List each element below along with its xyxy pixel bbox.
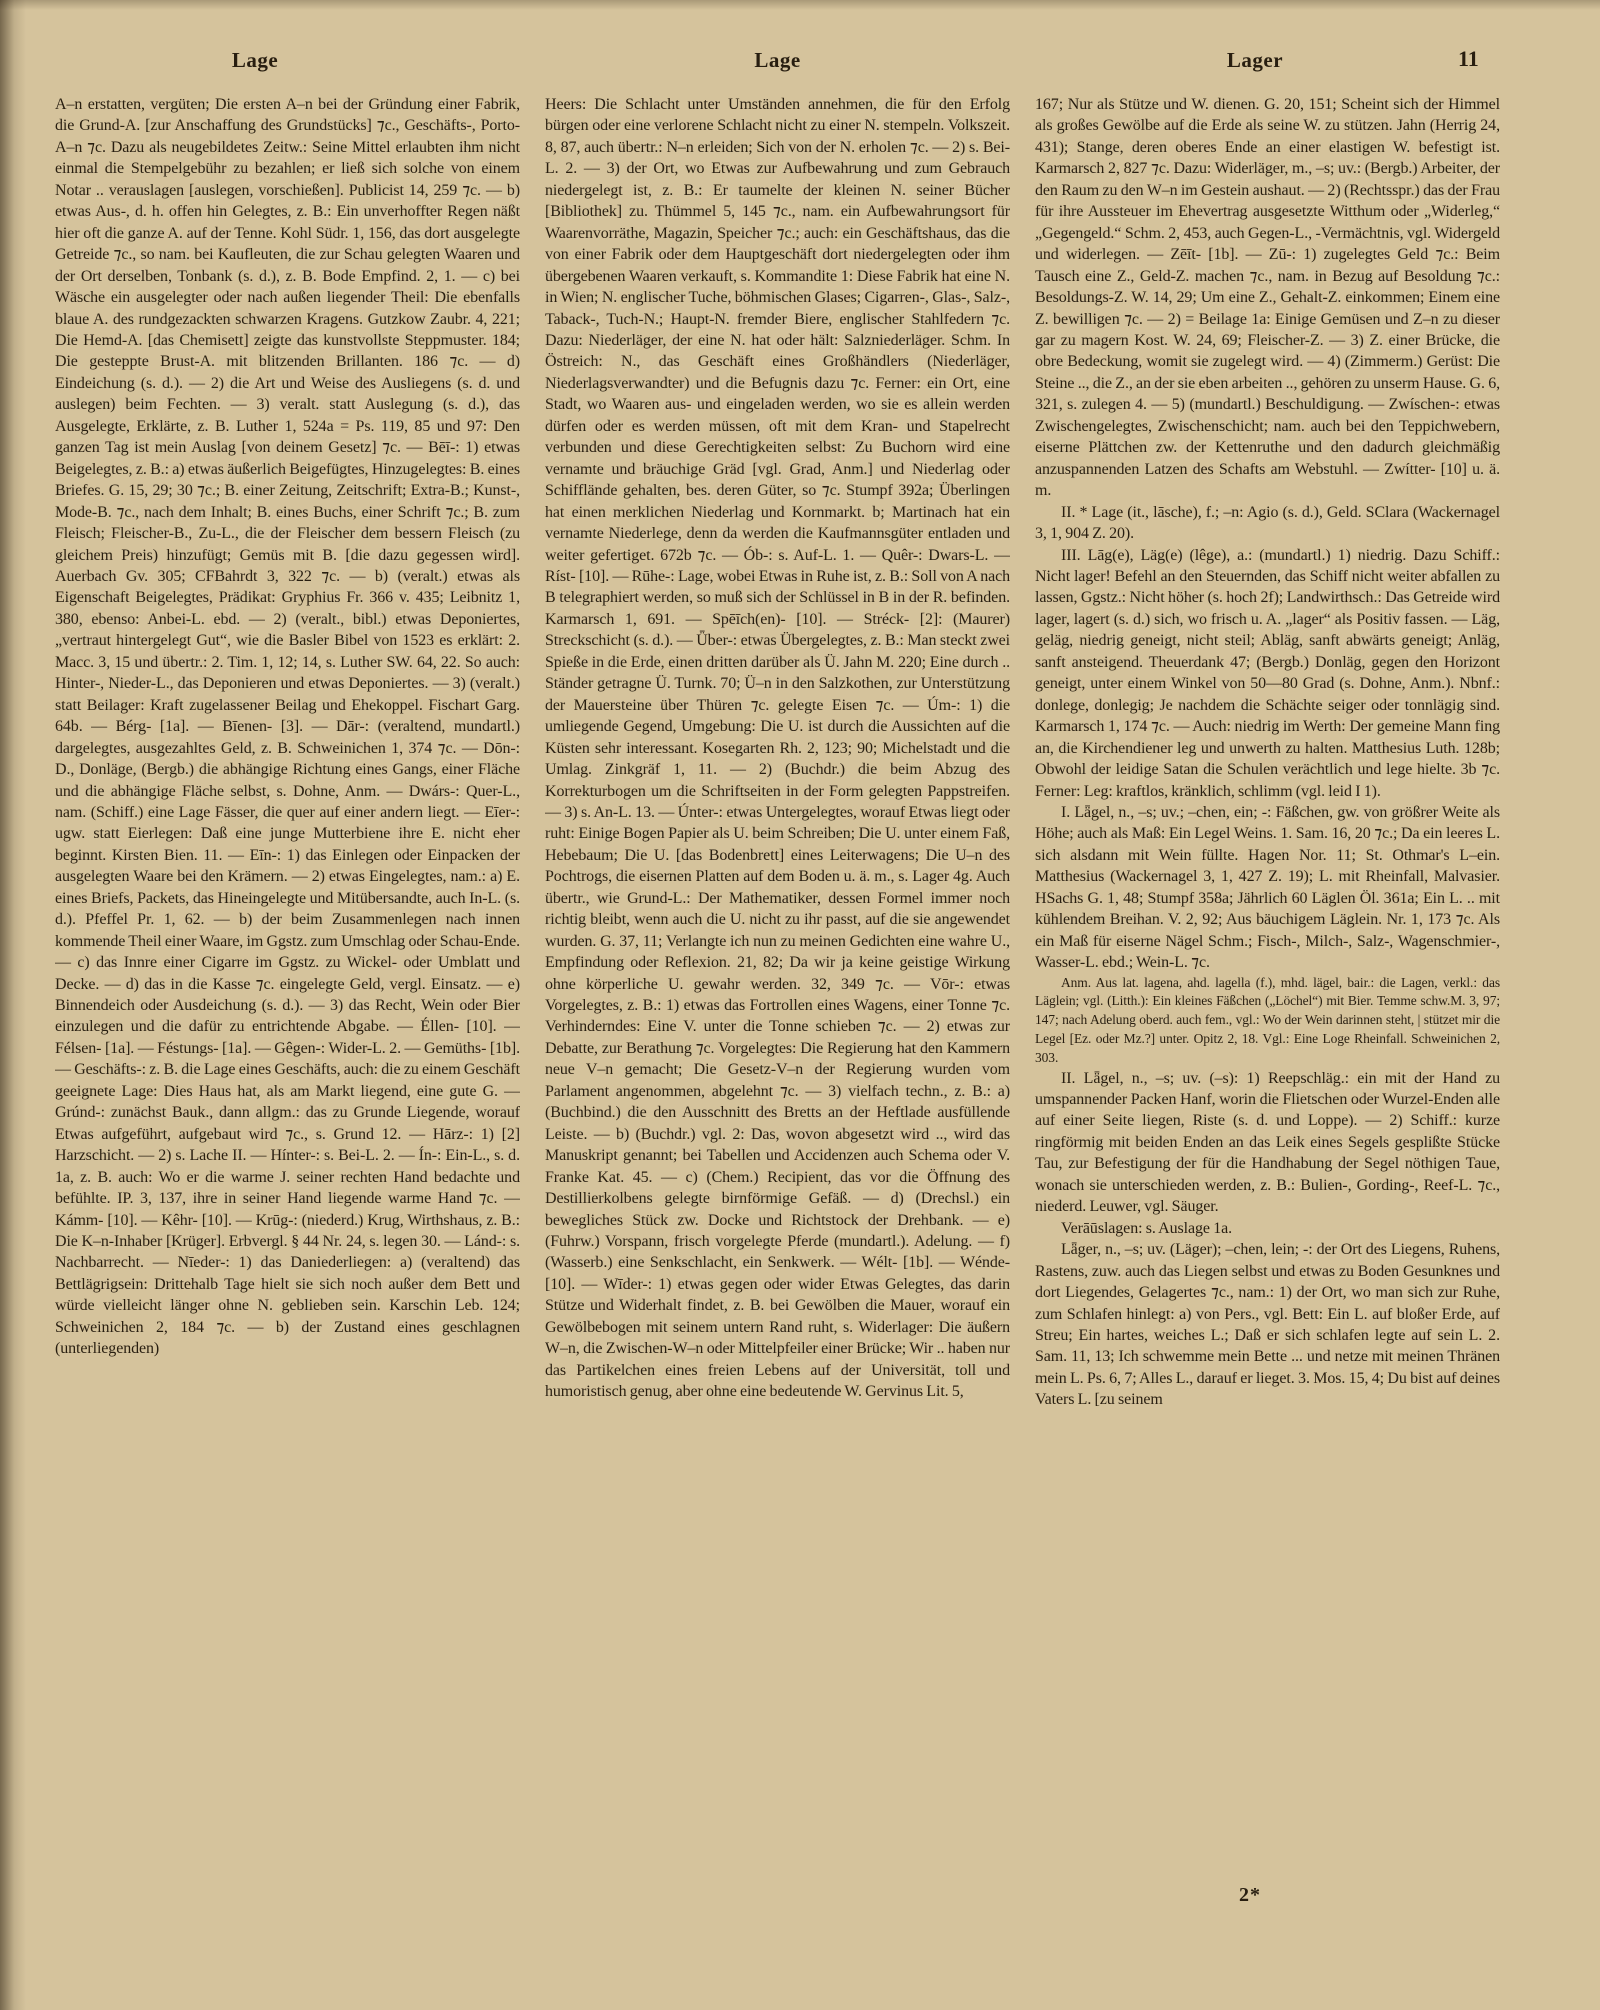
entry-laegel-i: I. Lǟgel, n., –s; uv.; –chen, ein; -: Fä… (1035, 802, 1500, 974)
column-1-text: A–n erstatten, vergüten; Die ersten A–n … (55, 94, 520, 1360)
entry-verauslagen: Verāūslagen: s. Auslage 1a. (1035, 1218, 1500, 1239)
text-column-2: Heers: Die Schlacht unter Umständen anne… (545, 94, 1010, 1411)
text-column-3: 167; Nur als Stütze und W. dienen. G. 20… (1035, 94, 1500, 1411)
page-number: 11 (1458, 46, 1479, 72)
page-left-edge-shadow (0, 0, 26, 2010)
paragraph-continuation: 167; Nur als Stütze und W. dienen. G. 20… (1035, 94, 1500, 502)
entry-anm-note: Anm. Aus lat. lagena, ahd. lagella (f.),… (1035, 974, 1500, 1068)
signature-mark: 2* (1205, 1884, 1295, 1907)
entry-lage-ii: II. * Lage (it., lāsche), f.; –n: Agio (… (1035, 502, 1500, 545)
running-head-column-1: Lage (55, 48, 455, 73)
text-columns: A–n erstatten, vergüten; Die ersten A–n … (55, 94, 1500, 1411)
entry-laegel-ii: II. Lǟgel, n., –s; uv. (–s): 1) Reepschl… (1035, 1068, 1500, 1218)
text-column-1: A–n erstatten, vergüten; Die ersten A–n … (55, 94, 520, 1411)
running-head-column-2: Lage (545, 48, 1010, 73)
running-head-column-3: Lager (1035, 48, 1475, 73)
column-2-text: Heers: Die Schlacht unter Umständen anne… (545, 94, 1010, 1403)
entry-laeg-iii: III. Lāg(e), Läg(e) (lêge), a.: (mundart… (1035, 545, 1500, 802)
page-top-edge-shadow (0, 0, 1600, 10)
entry-laeger: Lǟger, n., –s; uv. (Läger); –chen, lein;… (1035, 1239, 1500, 1411)
scanned-dictionary-page: Lage Lage Lager 11 A–n erstatten, vergüt… (0, 0, 1600, 2010)
